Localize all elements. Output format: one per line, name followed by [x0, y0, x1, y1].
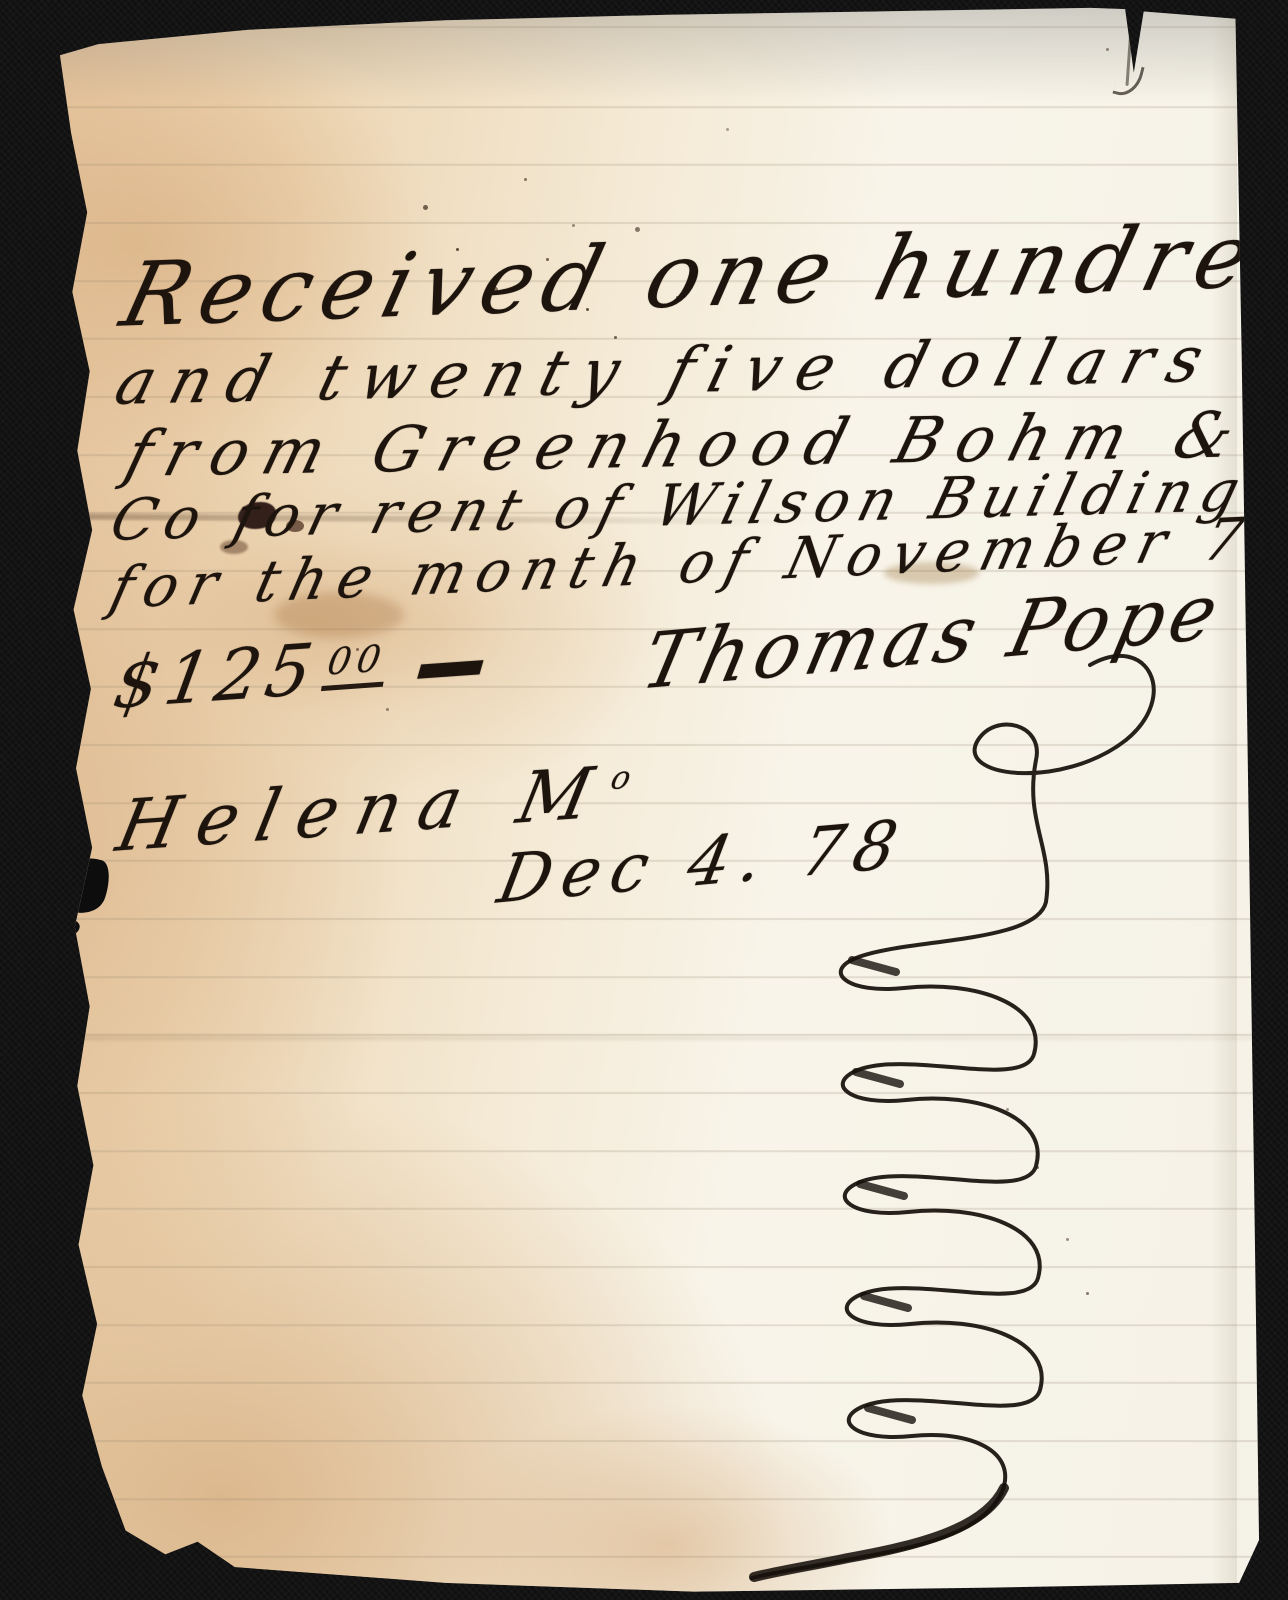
receipt-paper: Received one hundred and twenty five dol…: [24, 6, 1264, 1594]
ink-specks: [24, 6, 27, 9]
scan-photo: Received one hundred and twenty five dol…: [0, 0, 1288, 1600]
fold-crease-lower: [24, 1036, 1264, 1040]
amount-dollars: $125: [108, 628, 324, 725]
amount-cents: 00: [321, 636, 392, 691]
